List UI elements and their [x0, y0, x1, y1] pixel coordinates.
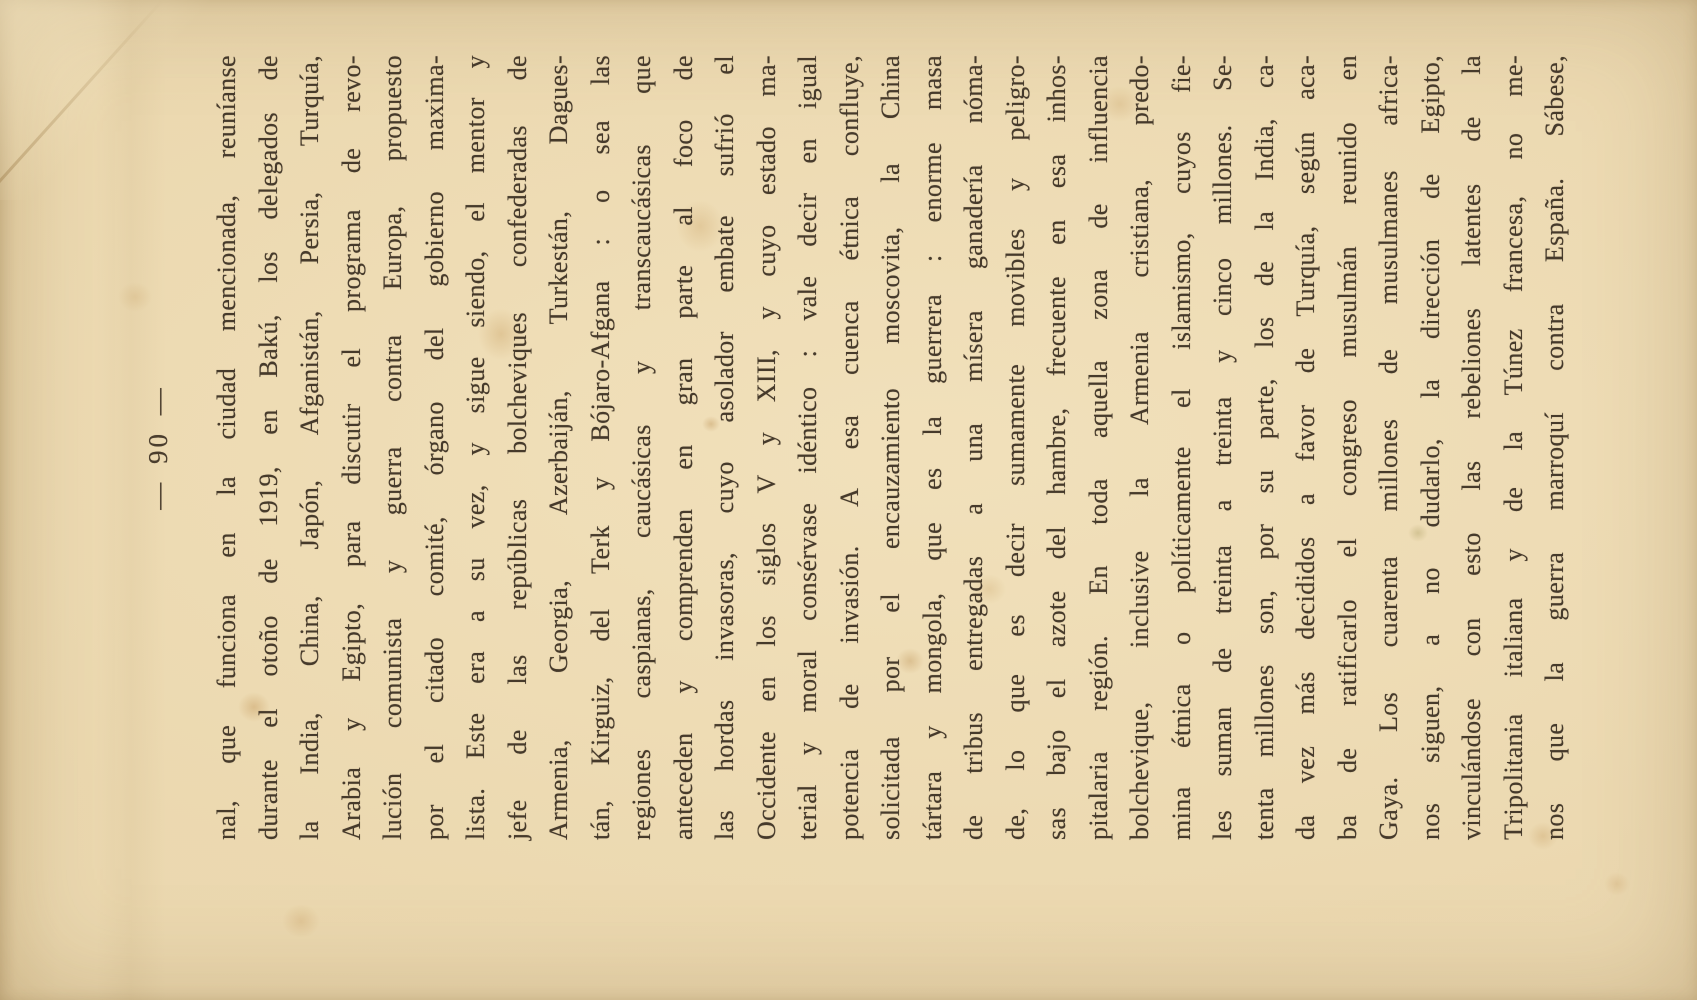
text-line: Armenia, Georgia, Azerbaiján, Turkestán,… — [538, 55, 580, 840]
text-line: lución comunista y guerra contra Europa,… — [372, 55, 414, 840]
stain — [1604, 872, 1630, 896]
text-line: ba de ratificarlo el congreso musulmán r… — [1327, 55, 1369, 840]
page-number: — 90 — — [140, 55, 176, 840]
text-line: las hordas invasoras, cuyo asolador emba… — [704, 55, 746, 840]
text-line: pitalaria región. En toda aquella zona d… — [1078, 55, 1120, 840]
text-line: terial y moral consérvase idéntico : val… — [787, 55, 829, 840]
text-line: les suman de treinta a treinta y cinco m… — [1202, 55, 1244, 840]
text-line: solicitada por el encauzamiento moscovit… — [870, 55, 912, 840]
text-line: sas bajo el azote del hambre, frecuente … — [1036, 55, 1078, 840]
text-line: por el citado comité, órgano del gobiern… — [414, 55, 456, 840]
text-line: Gaya. Los cuarenta millones de musulmane… — [1368, 55, 1410, 840]
scan-stage: — 90 — nal, que funciona en la ciudad me… — [0, 0, 1697, 1000]
text-line: bolchevique, inclusive la Armenia cristi… — [1119, 55, 1161, 840]
text-line: vinculándose con esto las rebeliones lat… — [1451, 55, 1493, 840]
text-line: regiones caspianas, caucásicas y transca… — [621, 55, 663, 840]
stain — [282, 904, 320, 938]
text-line: nal, que funciona en la ciudad mencionad… — [206, 55, 248, 840]
text-line: potencia de invasión. A esa cuenca étnic… — [829, 55, 871, 840]
text-line: lista. Este era a su vez, y sigue siendo… — [455, 55, 497, 840]
page-content: — 90 — nal, que funciona en la ciudad me… — [140, 55, 1576, 840]
text-line: mina étnica o políticamente el islamismo… — [1161, 55, 1203, 840]
text-line: Arabia y Egipto, para discutir el progra… — [331, 55, 373, 840]
text-line: nos que la guerra marroquí contra España… — [1534, 55, 1576, 840]
text-line: jefe de las repúblicas bolcheviques conf… — [497, 55, 539, 840]
text-line: durante el otoño de 1919, en Bakú, los d… — [248, 55, 290, 840]
body-text: nal, que funciona en la ciudad mencionad… — [206, 55, 1576, 840]
text-line: tán, Kirguiz, del Terk y Bójaro-Afgana :… — [580, 55, 622, 840]
text-line: de tribus entregadas a una mísera ganade… — [953, 55, 995, 840]
text-line: de, lo que es decir sumamente movibles y… — [995, 55, 1037, 840]
text-line: nos siguen, a no dudarlo, la dirección d… — [1410, 55, 1452, 840]
text-line: Occidente en los siglos V y XIII, y cuyo… — [746, 55, 788, 840]
text-line: da vez más decididos a favor de Turquía,… — [1285, 55, 1327, 840]
text-line: Tripolitania italiana y de la Túnez fran… — [1493, 55, 1535, 840]
scanned-book-page: — 90 — nal, que funciona en la ciudad me… — [0, 0, 1697, 1000]
text-line: tenta millones son, por su parte, los de… — [1244, 55, 1286, 840]
text-line: tártara y mongola, que es la guerrera : … — [912, 55, 954, 840]
text-line: anteceden y comprenden en gran parte al … — [663, 55, 705, 840]
text-line: la India, China, Japón, Afganistán, Pers… — [289, 55, 331, 840]
